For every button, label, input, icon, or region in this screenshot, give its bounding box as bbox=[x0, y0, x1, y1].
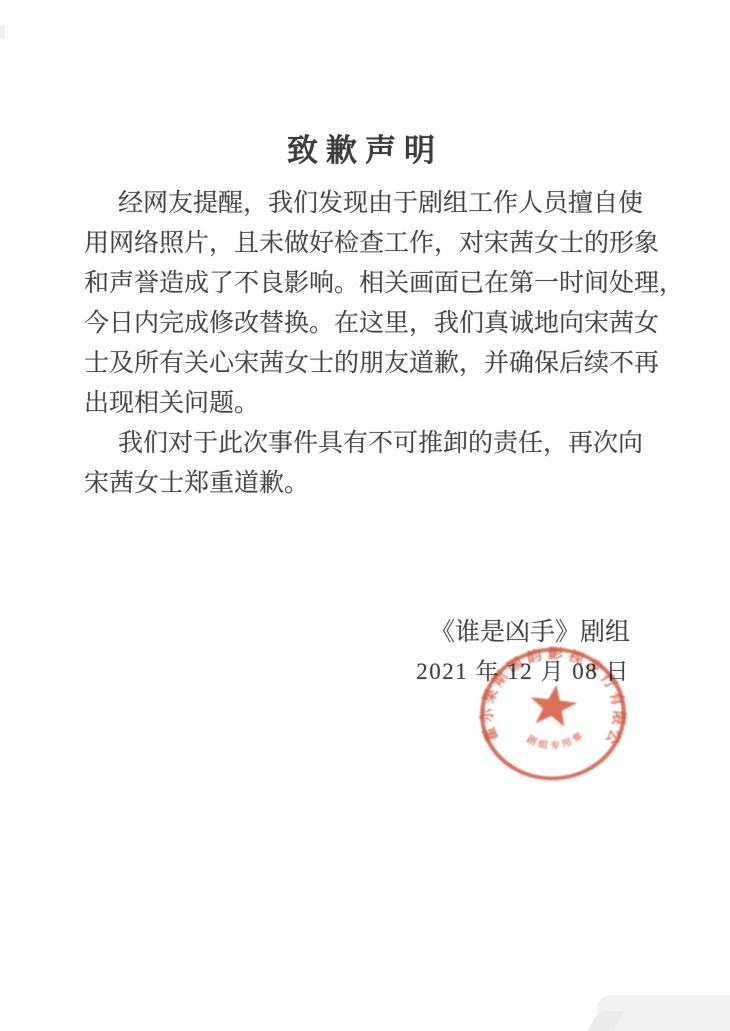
scanned-apology-document: 致歉声明 经网友提醒，我们发现由于剧组工作人员擅自使 用网络照片，且未做好检查工… bbox=[0, 0, 730, 1031]
company-seal: 霍尔果斯国韵影视发行有限公司 剧组专用章 bbox=[471, 639, 634, 789]
seal-inner-text: 剧组专用章 bbox=[524, 728, 589, 754]
star-icon bbox=[527, 682, 580, 728]
paragraph-2: 我们对于此次事件具有不可推卸的责任，再次向 宋茜女士郑重道歉。 bbox=[84, 424, 724, 504]
paragraph-1: 经网友提醒，我们发现由于剧组工作人员擅自使 用网络照片，且未做好检查工作，对宋茜… bbox=[84, 184, 724, 424]
document-title: 致歉声明 bbox=[0, 125, 730, 170]
scan-corner-shadow bbox=[597, 995, 730, 1031]
scan-artifact-smudge bbox=[0, 25, 5, 39]
document-body: 经网友提醒，我们发现由于剧组工作人员擅自使 用网络照片，且未做好检查工作，对宋茜… bbox=[84, 184, 724, 504]
